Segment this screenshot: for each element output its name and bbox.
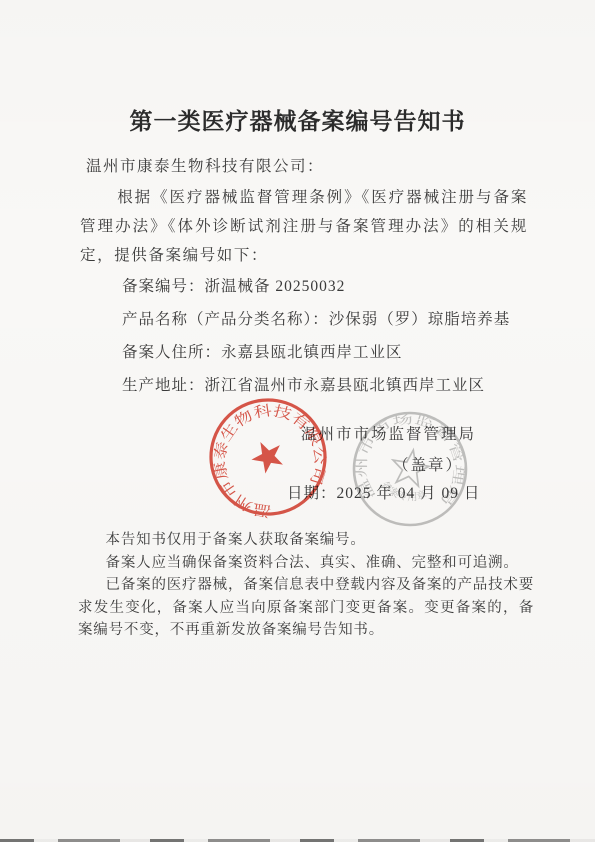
detail-row-registrant-address: 备案人住所：永嘉县瓯北镇西岸工业区 [122, 340, 510, 362]
detail-value: 浙江省温州市永嘉县瓯北镇西岸工业区 [205, 377, 486, 394]
seal-instruction: （盖章） [393, 453, 463, 475]
filing-details: 备案编号：浙温械备 20250032 产品名称（产品分类名称）：沙保弱（罗）琼脂… [122, 274, 510, 406]
detail-row-filing-number: 备案编号：浙温械备 20250032 [122, 274, 510, 296]
detail-value: 浙温械备 20250032 [205, 278, 346, 295]
document-title: 第一类医疗器械备案编号告知书 [0, 103, 595, 136]
detail-label: 生产地址： [122, 377, 205, 394]
detail-label: 产品名称（产品分类名称）： [122, 311, 329, 328]
detail-label: 备案编号： [122, 278, 205, 295]
detail-value: 沙保弱（罗）琼脂培养基 [329, 311, 511, 328]
note-item: 已备案的医疗器械，备案信息表中登载内容及备案的产品技术要求发生变化，备案人应当向… [78, 574, 534, 642]
footer-notes: 本告知书仅用于备案人获取备案编号。 备案人应当确保备案资料合法、真实、准确、完整… [78, 529, 534, 642]
addressee-line: 温州市康泰生物科技有限公司： [86, 154, 324, 176]
detail-label: 备案人住所： [122, 344, 221, 361]
issue-date-line: 日期：2025 年 04 月 09 日 [287, 481, 480, 503]
note-item: 本告知书仅用于备案人获取备案编号。 [78, 529, 534, 552]
intro-paragraph: 根据《医疗器械监督管理条例》《医疗器械注册与备案管理办法》《体外诊断试剂注册与备… [80, 183, 528, 270]
note-item: 备案人应当确保备案资料合法、真实、准确、完整和可追溯。 [78, 552, 534, 575]
scanned-document-page: 第一类医疗器械备案编号告知书 温州市康泰生物科技有限公司： 根据《医疗器械监督管… [0, 0, 595, 842]
star-icon [246, 435, 288, 477]
date-label: 日期： [287, 485, 337, 502]
issuing-authority-name: 温州市市场监督管理局 [301, 422, 476, 444]
detail-value: 永嘉县瓯北镇西岸工业区 [221, 344, 403, 361]
detail-row-production-address: 生产地址：浙江省温州市永嘉县瓯北镇西岸工业区 [122, 373, 510, 395]
date-value: 2025 年 04 月 09 日 [337, 485, 481, 502]
detail-row-product-name: 产品名称（产品分类名称）：沙保弱（罗）琼脂培养基 [122, 307, 510, 329]
